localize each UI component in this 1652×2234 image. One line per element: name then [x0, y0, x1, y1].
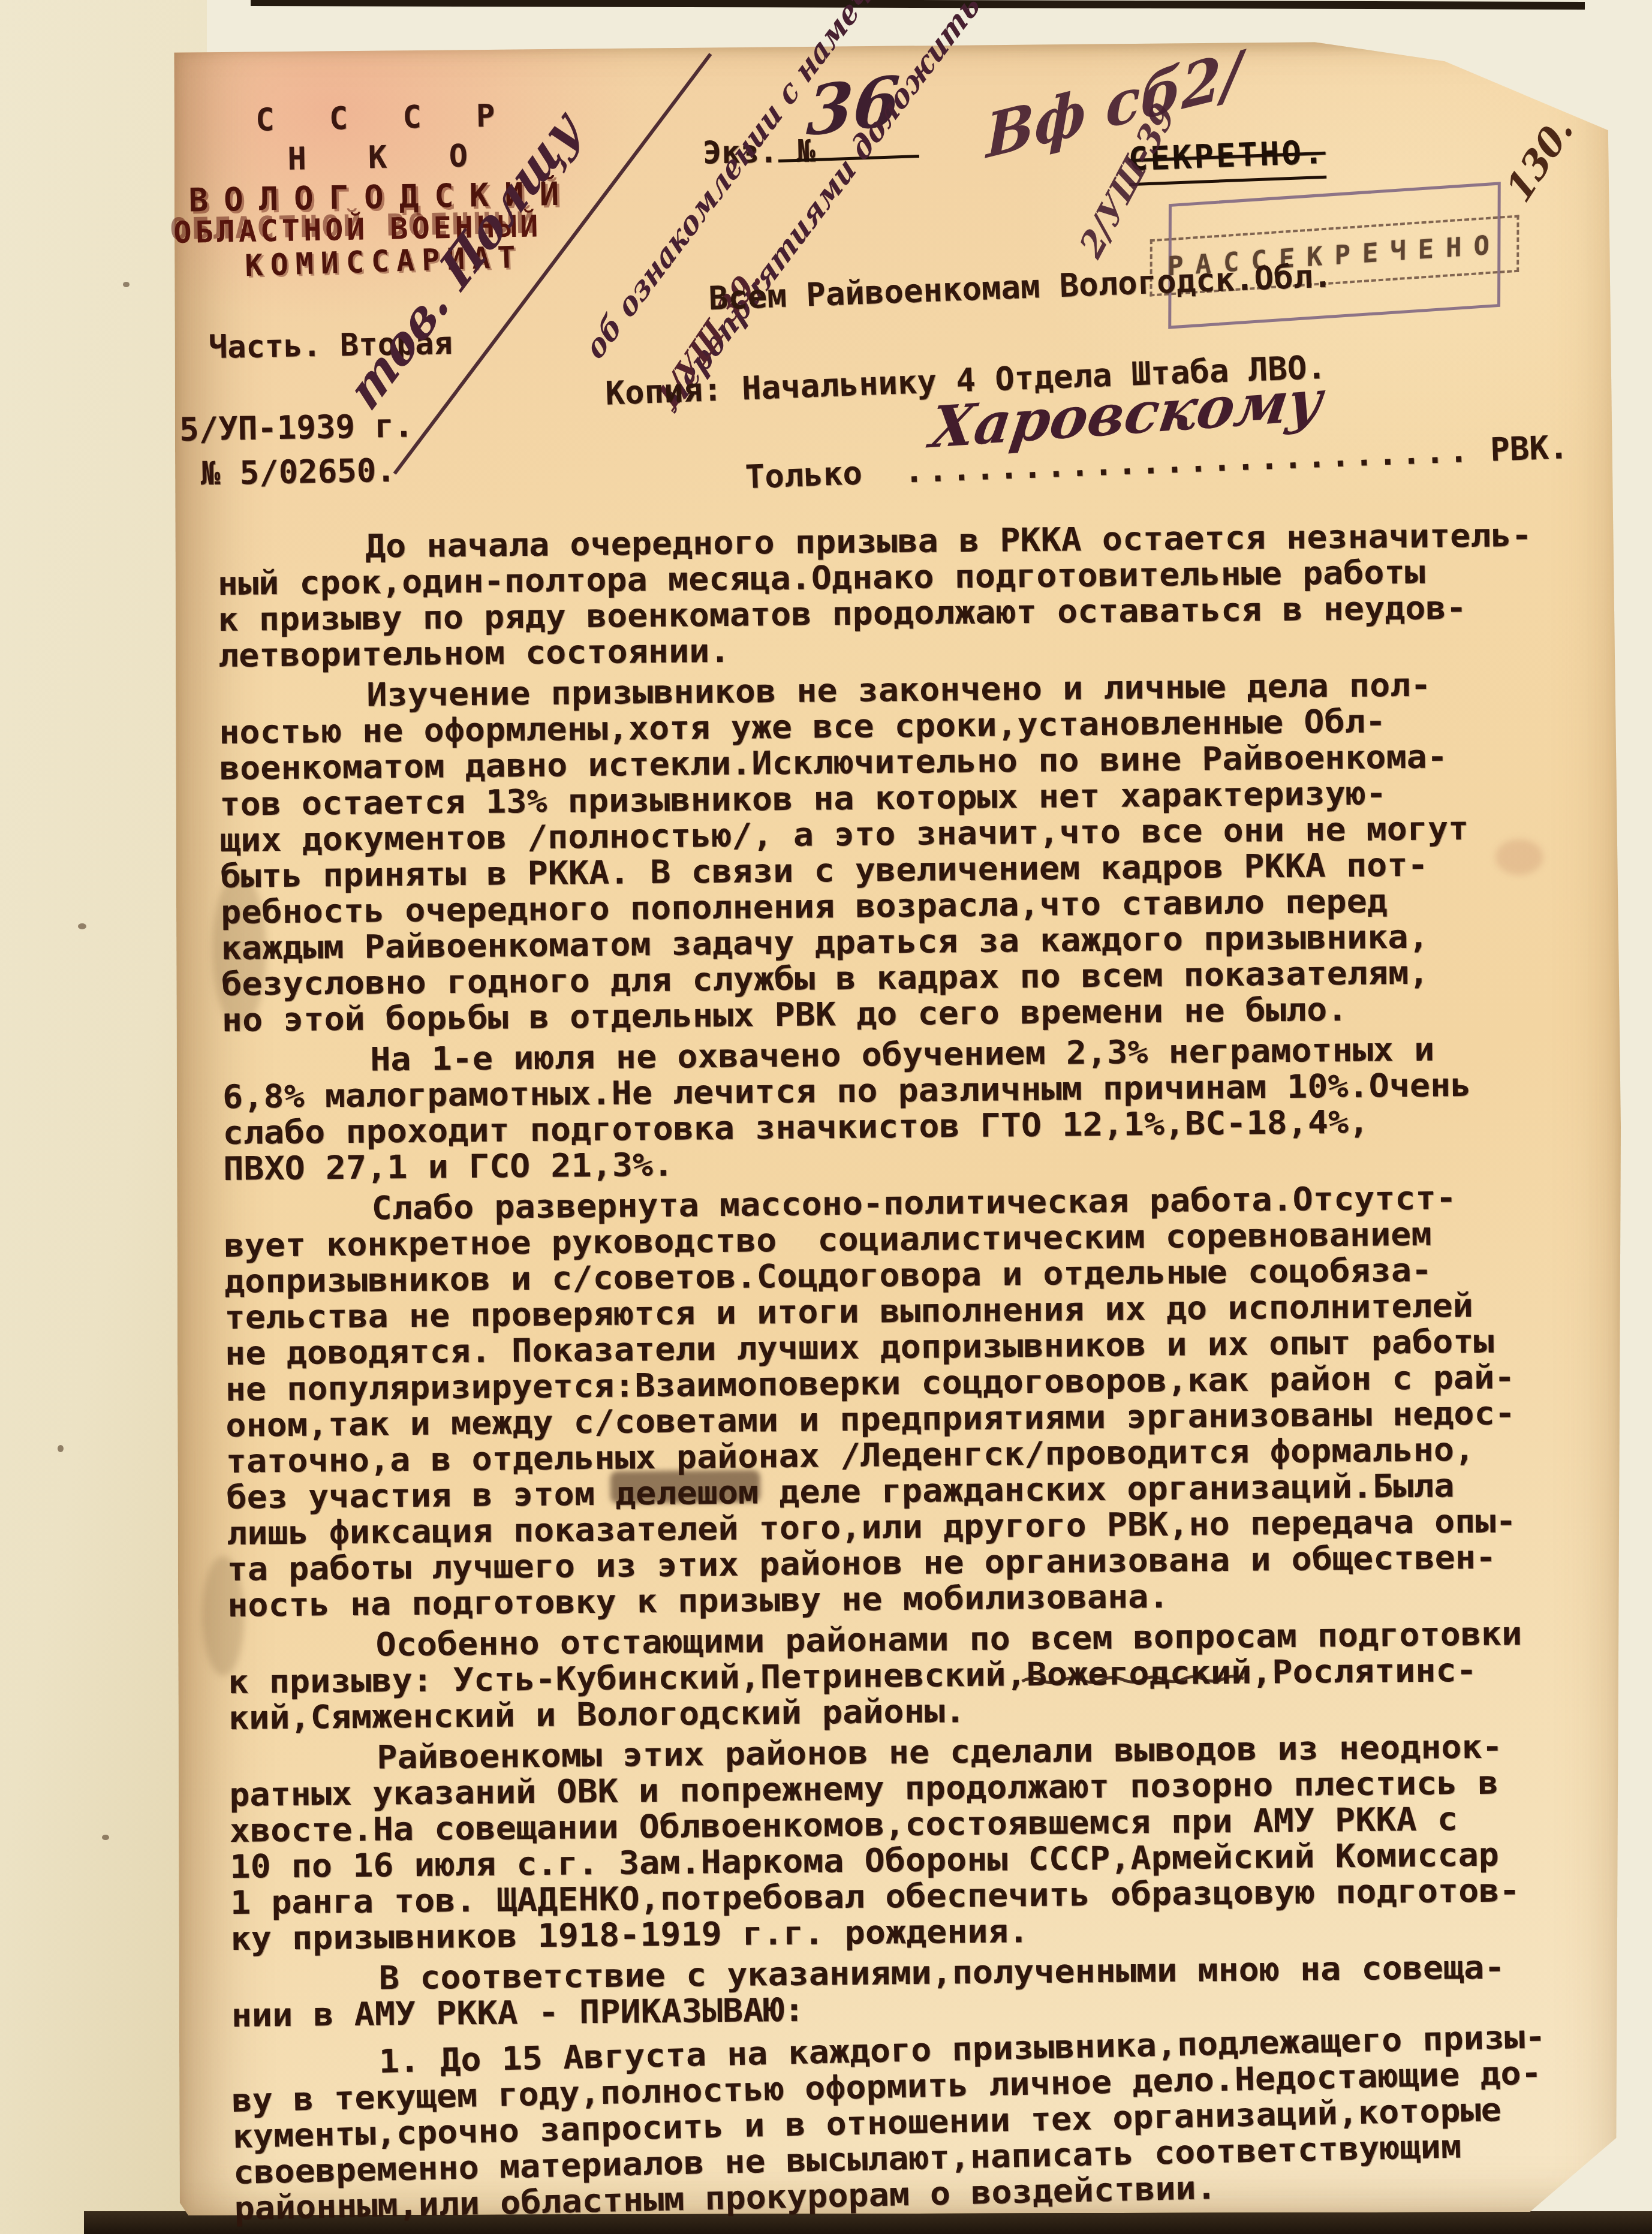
paragraph-3: На 1-е июля не охвачено обучением 2,3% н… [222, 1029, 1652, 1187]
handwritten-wavy-underline [1020, 1672, 1254, 1685]
document-body: До начала очередного призыва в РККА оста… [217, 516, 1652, 2223]
paper-speck [78, 923, 86, 929]
punch-hole [26, 700, 48, 728]
paragraph-4: Слабо развернута массоно-политическая ра… [224, 1178, 1652, 1624]
paper-speck [58, 1445, 64, 1452]
letterhead-number: № 5/02650. [200, 451, 396, 493]
punch-hole [35, 487, 59, 517]
rvk-label: РВК. [1489, 428, 1569, 469]
paper-speck [123, 282, 130, 287]
paper-speck [102, 1835, 109, 1840]
paragraph-8-order: 1. До 15 Августа на каждого призывника,п… [230, 2016, 1652, 2227]
scanner-edge-top [251, 0, 1585, 10]
document-scan: С С С Р Н К О ВОЛОГОДСКИЙ ОБЛАСТНОЙ ВОЕН… [0, 0, 1652, 2234]
paragraph-6: Райвоенкомы этих районов не сделали выво… [228, 1727, 1652, 1957]
ink-smudge-overstrike [610, 1470, 760, 1503]
paragraph-5: Особенно отстающими районами по всем воп… [228, 1615, 1652, 1736]
only-label: Только [745, 454, 863, 496]
paragraph-2: Изучение призывников не закончено и личн… [218, 665, 1652, 1038]
paragraph-1: До начала очередного призыва в РККА оста… [217, 516, 1652, 674]
